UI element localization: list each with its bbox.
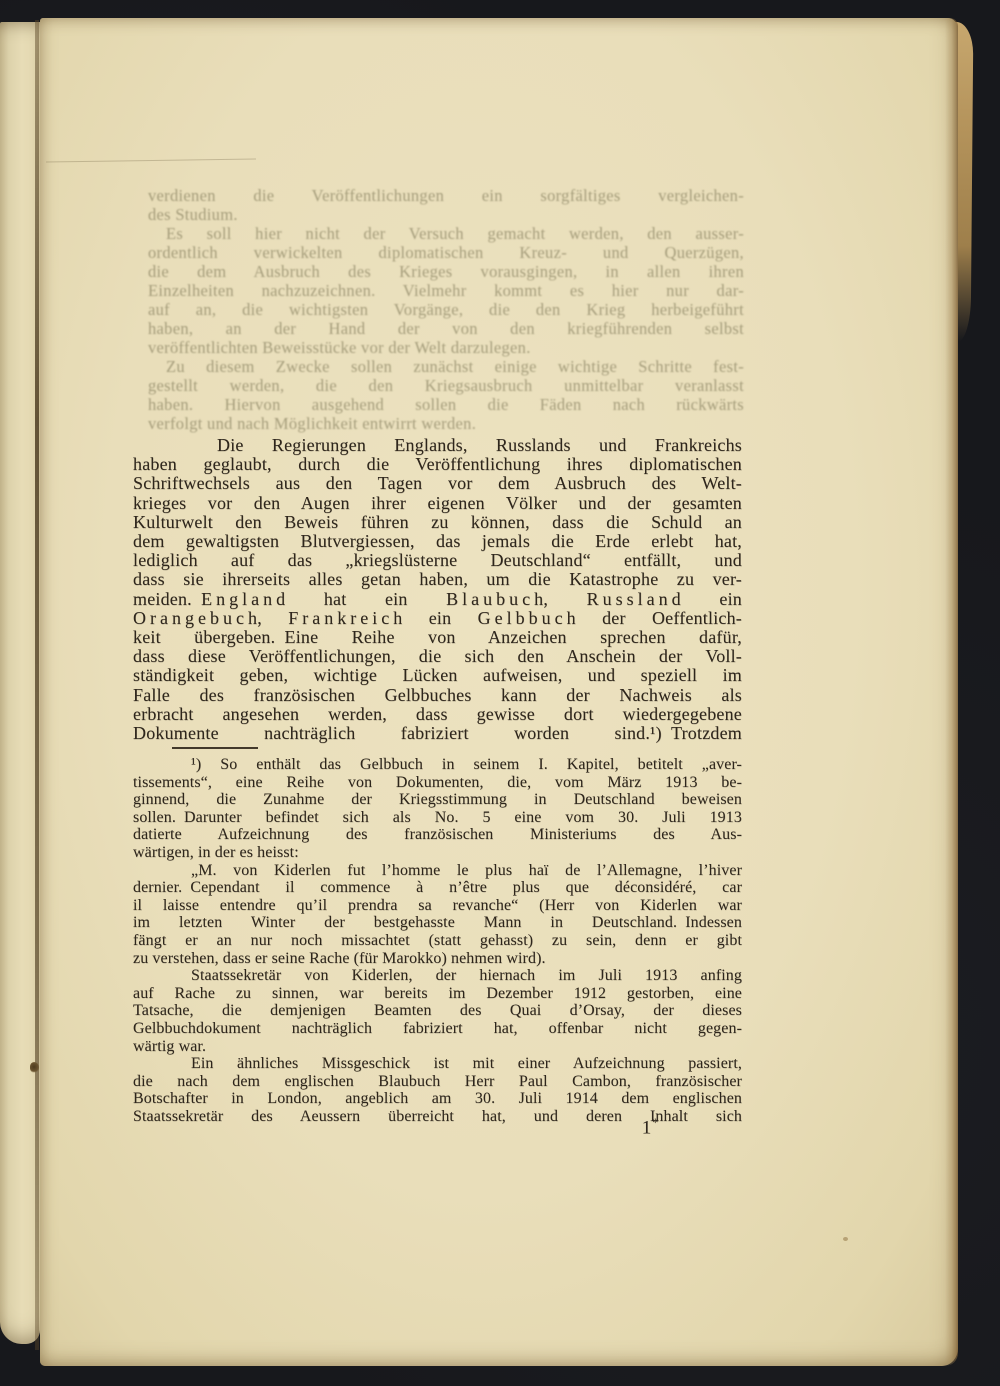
body-text-line: Falle des französischen Gelbbuches kann …: [133, 686, 742, 705]
fore-edge-shading: [945, 18, 958, 1366]
ink-blot: [30, 1062, 39, 1073]
ghost-text-line: gestellt werden, die den Kriegsausbruch …: [148, 376, 744, 395]
footnote-line: Staatssekretär von Kiderlen, der hiernac…: [133, 967, 742, 985]
ghost-text-line: haben. Hiervon ausgehend sollen die Fäde…: [148, 395, 744, 414]
ghost-text-line: des Studium.: [148, 205, 744, 224]
body-text-line: erbracht angesehen werden, dass gewisse …: [133, 705, 742, 724]
paper-speck: [843, 1237, 848, 1241]
footnote-line: wärtigen, in der es heisst:: [133, 844, 742, 862]
gutter-crease: [35, 20, 39, 1350]
book-page: verdienen die Veröffentlichungen ein sor…: [40, 18, 958, 1366]
ghost-text-line: verdienen die Veröffentlichungen ein sor…: [148, 186, 744, 205]
footnote-line: Tatsache, die demjenigen Beamten des Qua…: [133, 1002, 742, 1020]
footnote-line: Ein ähnliches Missgeschick ist mit einer…: [133, 1055, 742, 1073]
footnote-line: im letzten Winter der bestgehasste Mann …: [133, 914, 742, 932]
footnote-rule: [172, 747, 258, 749]
gutter-leaf-strip: [0, 22, 40, 1344]
ghost-text-line: verfolgt und nach Möglichkeit entwirrt w…: [148, 414, 744, 433]
page-signature: 1*: [615, 1115, 685, 1139]
footnote-line: sollen. Darunter befindet sich als No. 5…: [133, 809, 742, 827]
footnote-line: die nach dem englischen Blaubuch Herr Pa…: [133, 1073, 742, 1091]
ghost-text-line: auf an, die wichtigsten Vorgänge, die de…: [148, 300, 744, 319]
book-scan: verdienen die Veröffentlichungen ein sor…: [0, 0, 1000, 1386]
footnote-line: Gelbbuchdokument nachträglich fabriziert…: [133, 1020, 742, 1038]
footnote-line: fängt er an nur noch missachtet (statt g…: [133, 932, 742, 950]
footnote-line: wärtig war.: [133, 1038, 742, 1056]
body-text-line: meiden. E n g l a n d hat ein B l a u b …: [133, 590, 742, 609]
signature-mark: *: [652, 1115, 658, 1129]
footnote-line: dernier. Cependant il commence à n’être …: [133, 879, 742, 897]
ghost-text-line: veröffentlichten Beweisstücke vor der We…: [148, 338, 744, 357]
body-text-line: dem gewaltigsten Blutvergiessen, das jem…: [133, 532, 742, 551]
body-text-line: lediglich auf das „kriegslüsterne Deutsc…: [133, 551, 742, 570]
body-text-line: krieges vor den Augen ihrer eigenen Völk…: [133, 494, 742, 513]
footnote-line: datierte Aufzeichnung des französischen …: [133, 826, 742, 844]
footnote-line: zu verstehen, dass er seine Rache (für M…: [133, 950, 742, 968]
ghost-text-line: die dem Ausbruch des Krieges vorausginge…: [148, 262, 744, 281]
body-text-block: Die Regierungen Englands, Russlands und …: [133, 436, 742, 743]
footnote-block: ¹) So enthält das Gelbbuch in seinem I. …: [133, 756, 742, 1125]
footnote-line: „M. von Kiderlen fut l’homme le plus haï…: [133, 862, 742, 880]
body-text-line: dass diese Veröffentlichungen, die sich …: [133, 647, 742, 666]
ghost-text-line: Zu diesem Zwecke sollen zunächst einige …: [148, 357, 744, 376]
ghost-text-line: Einzelheiten nachzuzeichnen. Vielmehr ko…: [148, 281, 744, 300]
footnote-line: ginnend, die Zunahme der Kriegsstimmung …: [133, 791, 742, 809]
body-text-line: Schriftwechsels aus den Tagen vor dem Au…: [133, 474, 742, 493]
body-text-line: haben geglaubt, durch die Veröffentlichu…: [133, 455, 742, 474]
footnote-line: ¹) So enthält das Gelbbuch in seinem I. …: [133, 756, 742, 774]
footnote-line: auf Rache zu sinnen, war bereits im Deze…: [133, 985, 742, 1003]
body-text-line: Die Regierungen Englands, Russlands und …: [133, 436, 742, 455]
page-number: 1: [642, 1117, 652, 1138]
body-text-line: Dokumente nachträglich fabriziert worden…: [133, 724, 742, 743]
body-text-line: Kulturwelt den Beweis führen zu können, …: [133, 513, 742, 532]
ghost-text-block: verdienen die Veröffentlichungen ein sor…: [148, 186, 744, 433]
ghost-text-line: ordentlich verwickelten diplomatischen K…: [148, 243, 744, 262]
scratch-mark: [46, 159, 256, 163]
body-text-line: dass sie ihrerseits alles getan haben, u…: [133, 570, 742, 589]
footnote-line: tissements“, eine Reihe von Dokumenten, …: [133, 774, 742, 792]
footnote-line: il laisse entendre qu’il prendra sa reva…: [133, 897, 742, 915]
body-text-line: keit übergeben. Eine Reihe von Anzeichen…: [133, 628, 742, 647]
footnote-line: Botschafter in London, angeblich am 30. …: [133, 1090, 742, 1108]
ghost-text-line: Es soll hier nicht der Versuch gemacht w…: [148, 224, 744, 243]
ghost-text-line: haben, an der Hand der von den kriegführ…: [148, 319, 744, 338]
body-text-line: O r a n g e b u c h, F r a n k r e i c h…: [133, 609, 742, 628]
body-text-line: ständigkeit geben, wichtige Lücken aufwe…: [133, 666, 742, 685]
